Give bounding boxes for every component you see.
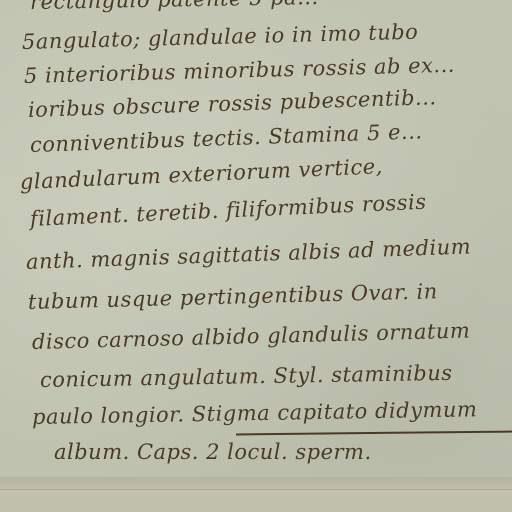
- manuscript-line-10: disco carnoso albido glandulis ornatum: [32, 319, 471, 354]
- manuscript-line-11: conicum angulatum. Styl. staminibus: [40, 361, 453, 392]
- manuscript-line-2: 5angulato; glandulae io in imo tubo: [22, 20, 419, 54]
- manuscript-line-3: 5 interioribus minoribus rossis ab ex...: [24, 53, 456, 88]
- manuscript-line-1: rectangulo patente 5 pa...: [30, 0, 319, 14]
- underlying-sheet: [0, 477, 512, 512]
- manuscript-line-4: ioribus obscure rossis pubescentib...: [28, 85, 437, 122]
- manuscript-line-9: tubum usque pertingentibus Ovar. in: [28, 279, 438, 314]
- manuscript-line-5: conniventibus tectis. Stamina 5 e...: [30, 119, 423, 157]
- manuscript-line-12: paulo longior. Stigma capitato didymum: [32, 397, 478, 429]
- manuscript-line-7: filament. teretib. filiformibus rossis: [29, 190, 426, 231]
- manuscript-line-13: album. Caps. 2 locul. sperm.: [54, 440, 372, 464]
- manuscript-page: rectangulo patente 5 pa... 5angulato; gl…: [0, 0, 512, 478]
- manuscript-line-6: glandularum exteriorum vertice,: [19, 154, 383, 194]
- manuscript-line-8: anth. magnis sagittatis albis ad medium: [26, 234, 472, 274]
- stigma-underline: [236, 431, 512, 436]
